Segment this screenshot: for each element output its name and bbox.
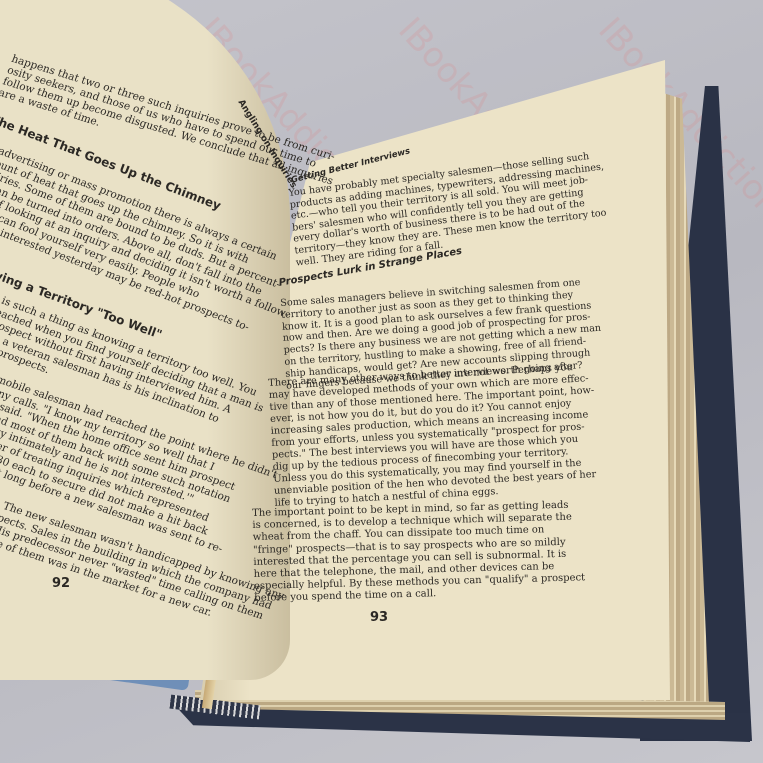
right-paragraph-3: There are many other ways to better inte… — [268, 361, 600, 510]
right-paragraph-4: The important point to be kept in mind, … — [252, 499, 586, 605]
right-page-number: 93 — [370, 610, 388, 625]
left-page-number: 92 — [52, 576, 70, 591]
